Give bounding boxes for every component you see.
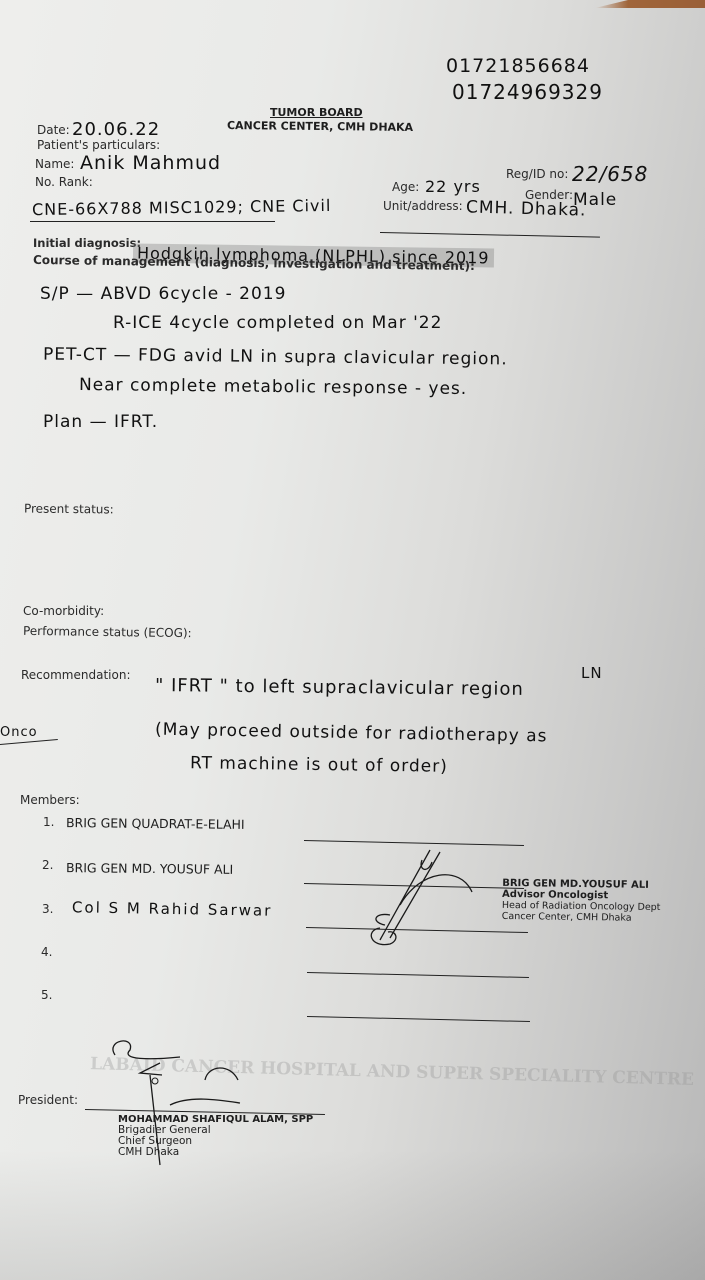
- form-subtitle: CANCER CENTER, CMH DHAKA: [227, 119, 413, 134]
- diagnosis-label: Initial diagnosis:: [33, 236, 141, 250]
- president-label: President:: [18, 1093, 78, 1107]
- recommendation-line-2: (May proceed outside for radiotherapy as: [155, 720, 548, 747]
- management-line-1: S/P — ABVD 6cycle - 2019: [40, 284, 286, 304]
- present-status-label: Present status:: [24, 502, 114, 517]
- unit-value: CMH. Dhaka.: [466, 197, 587, 220]
- date-value: 20.06.22: [72, 119, 160, 140]
- member-number-5: 5.: [41, 988, 52, 1002]
- comorbidity-label: Co-morbidity:: [23, 604, 104, 618]
- age-value: 22 yrs: [425, 177, 481, 196]
- recommendation-line-3: RT machine is out of order): [190, 753, 448, 777]
- management-line-4: Near complete metabolic response - yes.: [79, 375, 467, 399]
- stamp-center: Cancer Center, CMH Dhaka: [502, 911, 661, 924]
- phone-number-2: 01724969329: [452, 80, 603, 104]
- name-label: Name:: [35, 157, 74, 171]
- member-number-3: 3.: [42, 902, 53, 916]
- regid-value: 22/658: [572, 162, 648, 186]
- member-number-4: 4.: [41, 945, 52, 959]
- management-line-3: PET-CT — FDG avid LN in supra clavicular…: [43, 345, 508, 370]
- recommendation-line-1: " IFRT " to left supraclavicular region: [155, 675, 524, 700]
- member-signature: [360, 840, 480, 960]
- name-value: Anik Mahmud: [80, 152, 221, 174]
- member-2-stamp: BRIG GEN MD.YOUSUF ALI Advisor Oncologis…: [502, 878, 661, 924]
- president-stamp: MOHAMMAD SHAFIQUL ALAM, SPP Brigadier Ge…: [118, 1114, 313, 1158]
- unit-label: Unit/address:: [383, 199, 463, 213]
- member-number-1: 1.: [43, 815, 54, 829]
- members-label: Members:: [20, 793, 80, 807]
- member-4-signature-line: [307, 972, 529, 978]
- patient-particulars-label: Patient's particulars:: [37, 138, 160, 152]
- recommendation-insertion: LN: [581, 664, 603, 682]
- president-stamp-place: CMH Dhaka: [118, 1147, 313, 1158]
- member-number-2: 2.: [42, 858, 53, 872]
- management-line-2: R-ICE 4cycle completed on Mar '22: [113, 313, 442, 333]
- date-label: Date:: [37, 123, 70, 137]
- age-label: Age:: [392, 180, 419, 194]
- phone-number-1: 01721856684: [446, 55, 590, 77]
- unit-underline: [380, 232, 600, 238]
- performance-status-label: Performance status (ECOG):: [23, 624, 192, 640]
- management-line-5: Plan — IFRT.: [43, 412, 158, 432]
- rank-value: CNE-66X788 MISC1029; CNE Civil: [32, 196, 332, 219]
- form-title: TUMOR BOARD: [270, 106, 363, 119]
- rank-label: No. Rank:: [35, 175, 93, 189]
- recommendation-label: Recommendation:: [21, 668, 131, 682]
- table-edge: [595, 0, 705, 8]
- rank-underline: [30, 221, 275, 222]
- member-name-2: BRIG GEN MD. YOUSUF ALI: [66, 860, 233, 877]
- member-name-1: BRIG GEN QUADRAT-E-ELAHI: [66, 815, 245, 832]
- member-name-3: Col S M Rahid Sarwar: [72, 898, 273, 919]
- regid-label: Reg/ID no:: [506, 167, 568, 181]
- margin-note: Onco: [0, 725, 38, 740]
- member-5-signature-line: [307, 1016, 530, 1022]
